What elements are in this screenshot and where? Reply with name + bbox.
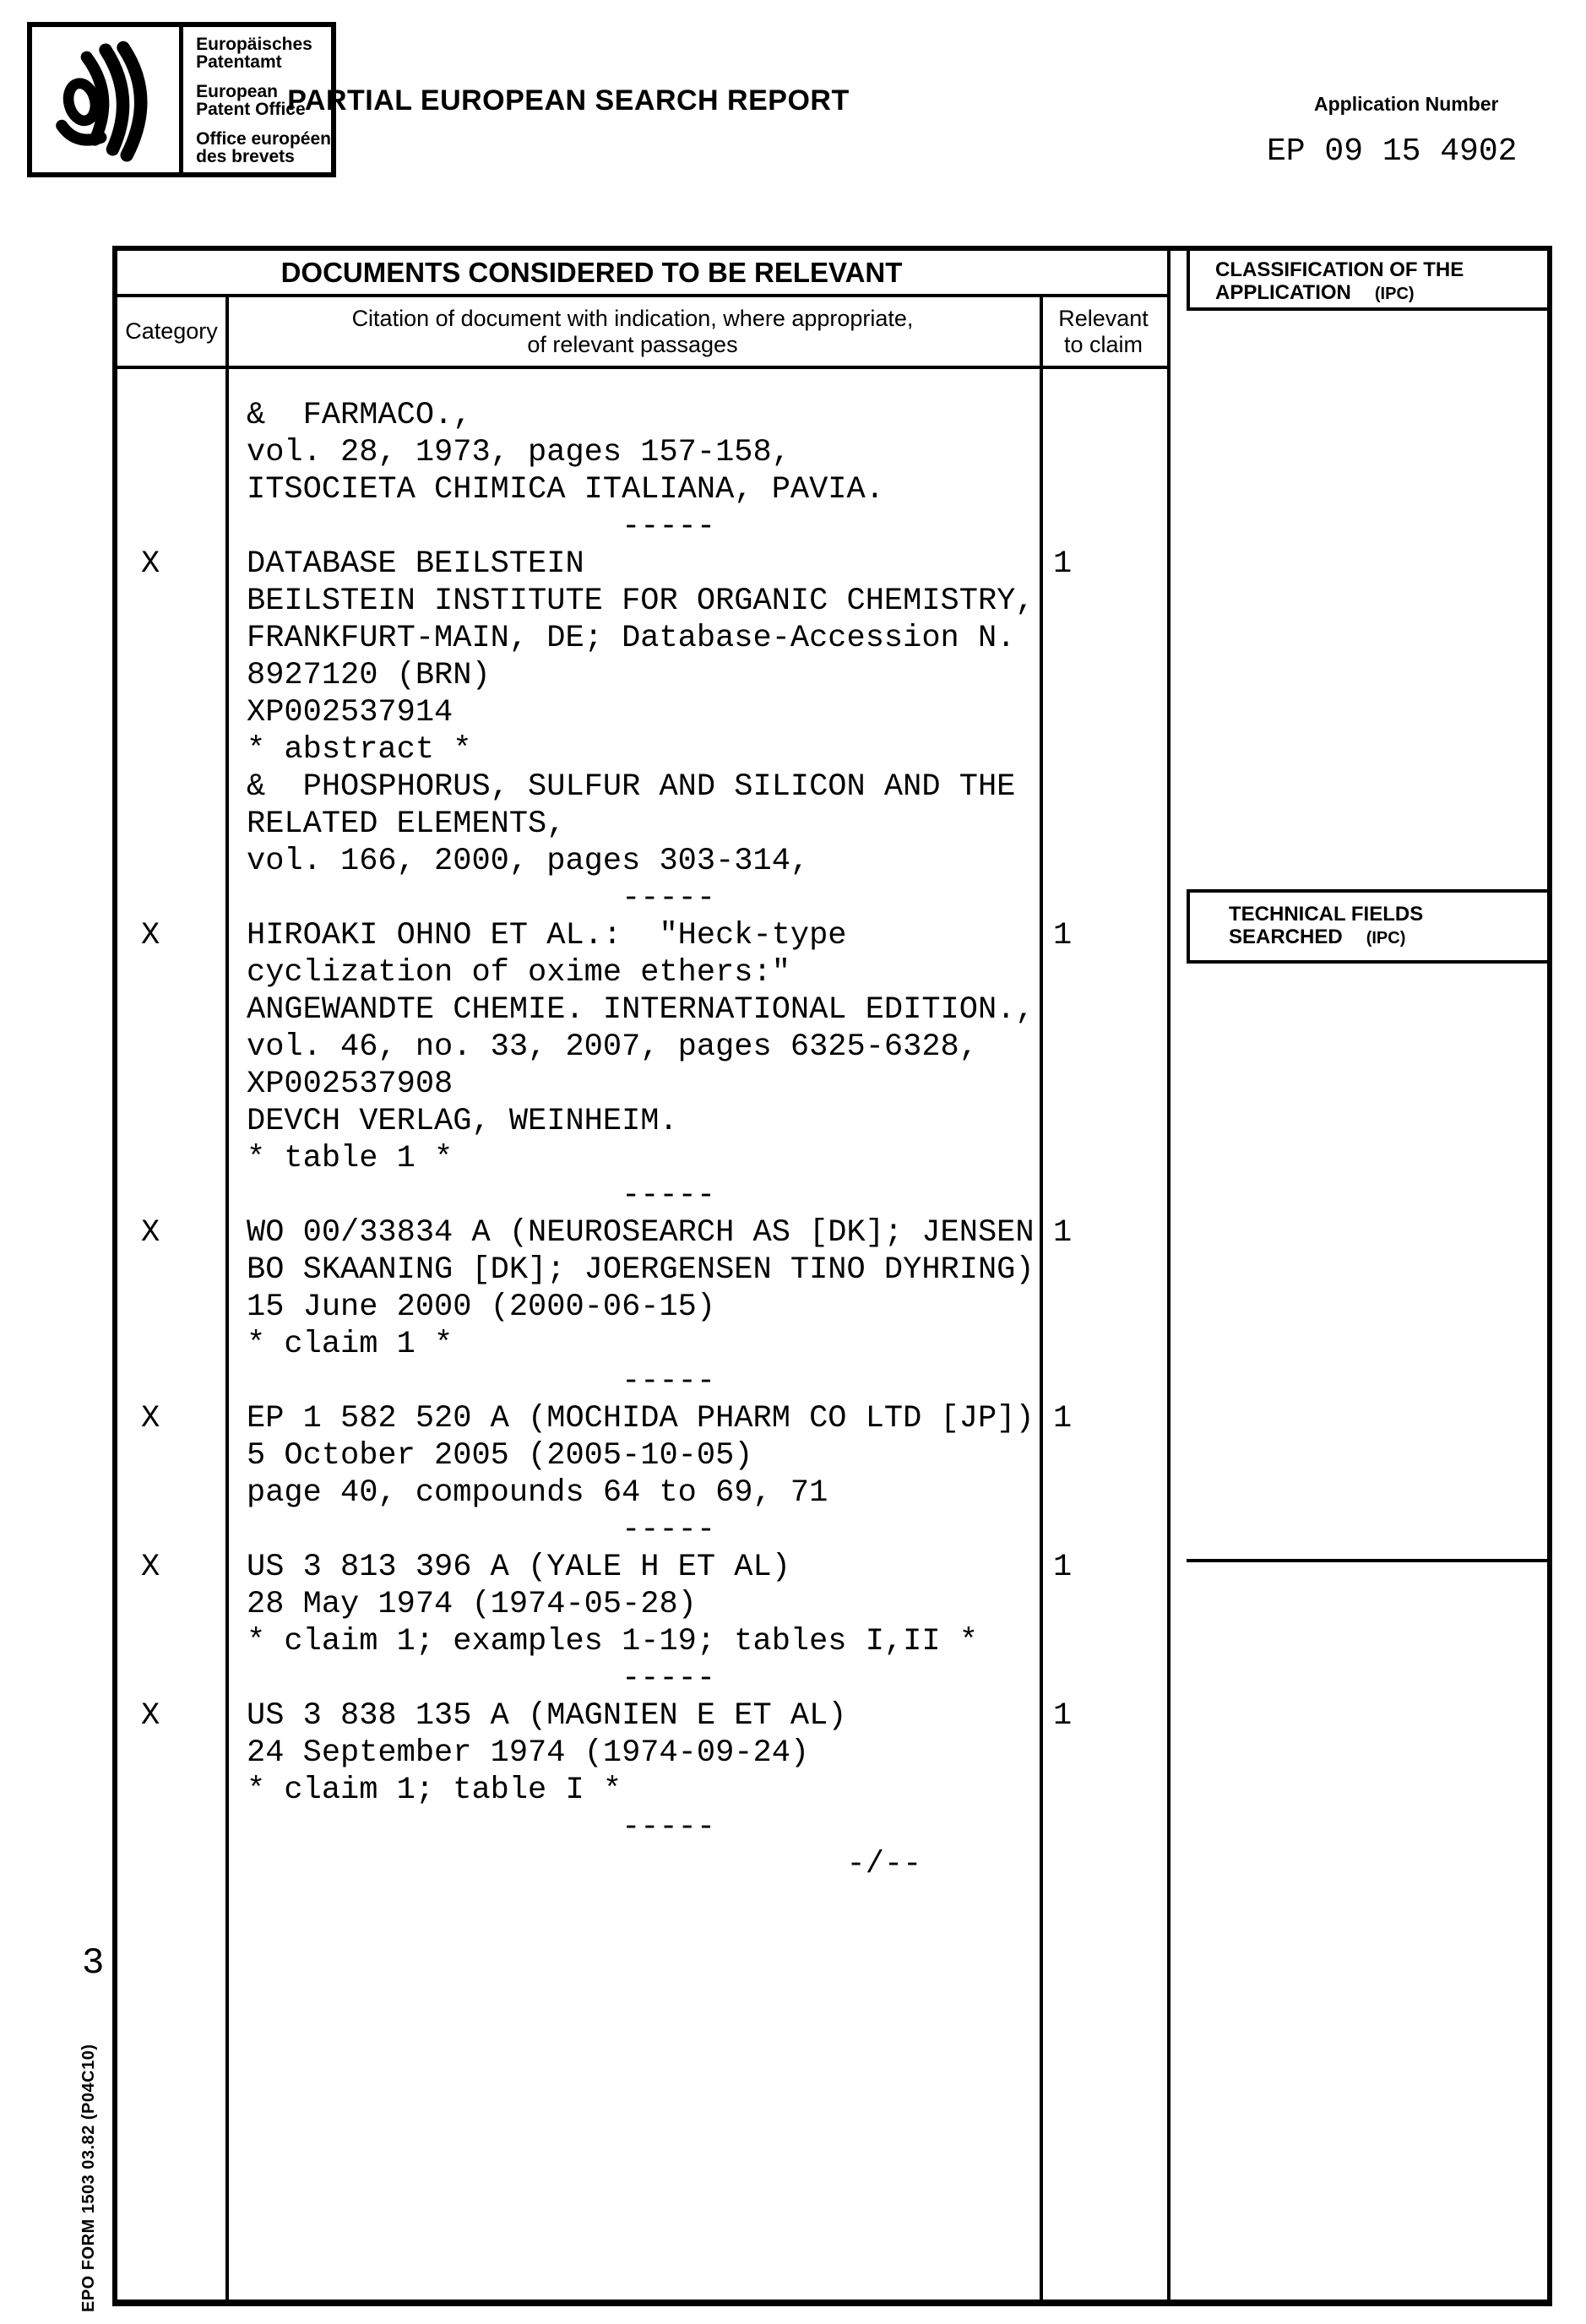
citation-cell: XP002537914 — [225, 694, 1040, 731]
relevant-cell — [1040, 583, 1167, 620]
citation-cell: ----- — [225, 1512, 1040, 1549]
category-cell — [117, 1809, 225, 1846]
relevant-cell — [1040, 1586, 1167, 1623]
relevant-cell — [1040, 1474, 1167, 1512]
category-cell — [117, 471, 225, 508]
relevant-cell — [1040, 1289, 1167, 1326]
category-cell — [117, 1660, 225, 1697]
table-row: 24 September 1974 (1974-09-24) — [117, 1735, 1167, 1772]
sheet-number: 3 — [82, 1942, 104, 1985]
category-cell: X — [117, 1697, 225, 1735]
citation-cell: DEVCH VERLAG, WEINHEIM. — [225, 1103, 1040, 1140]
column-header-label: Relevant — [1058, 306, 1149, 332]
relevant-cell: 1 — [1040, 1697, 1167, 1735]
category-cell — [117, 1512, 225, 1549]
relevant-cell — [1040, 1177, 1167, 1214]
citation-cell: US 3 813 396 A (YALE H ET AL) — [225, 1549, 1040, 1586]
relevant-cell — [1040, 694, 1167, 731]
category-cell: X — [117, 1549, 225, 1586]
citation-cell: ITSOCIETA CHIMICA ITALIANA, PAVIA. — [225, 471, 1040, 508]
logo-line: Europäisches — [196, 35, 331, 53]
table-row: ----- — [117, 1177, 1167, 1214]
table-row: * table 1 * — [117, 1140, 1167, 1177]
category-cell — [117, 1586, 225, 1623]
citation-cell: FRANKFURT-MAIN, DE; Database-Accession N… — [225, 620, 1040, 657]
relevant-cell — [1040, 1772, 1167, 1809]
citation-cell: ----- — [225, 508, 1040, 546]
table-row: & PHOSPHORUS, SULFUR AND SILICON AND THE — [117, 768, 1167, 806]
category-cell — [117, 694, 225, 731]
relevant-cell: 1 — [1040, 1400, 1167, 1437]
citation-cell: EP 1 582 520 A (MOCHIDA PHARM CO LTD [JP… — [225, 1400, 1040, 1437]
table-row: vol. 28, 1973, pages 157-158, — [117, 434, 1167, 471]
classification-label: APPLICATION — [1215, 281, 1351, 304]
citation-cell: * claim 1 * — [225, 1326, 1040, 1363]
relevant-cell — [1040, 1809, 1167, 1846]
category-cell — [117, 434, 225, 471]
category-cell — [117, 620, 225, 657]
category-cell — [117, 1289, 225, 1326]
citation-cell: * claim 1; table I * — [225, 1772, 1040, 1809]
technical-fields-box: TECHNICAL FIELDS SEARCHED(IPC) — [1187, 889, 1547, 964]
table-row: FRANKFURT-MAIN, DE; Database-Accession N… — [117, 620, 1167, 657]
relevant-cell — [1040, 620, 1167, 657]
table-row: -/-- — [117, 1846, 1167, 1883]
category-cell — [117, 1140, 225, 1177]
category-cell — [117, 880, 225, 917]
citation-cell: US 3 838 135 A (MAGNIEN E ET AL) — [225, 1697, 1040, 1735]
table-row: XDATABASE BEILSTEIN1 — [117, 546, 1167, 583]
citation-cell: 5 October 2005 (2005-10-05) — [225, 1437, 1040, 1474]
relevant-cell — [1040, 1512, 1167, 1549]
category-cell — [117, 1772, 225, 1809]
table-row: XHIROAKI OHNO ET AL.: "Heck-type1 — [117, 917, 1167, 954]
citation-cell: XP002537908 — [225, 1066, 1040, 1103]
relevant-cell — [1040, 1066, 1167, 1103]
table-row: ITSOCIETA CHIMICA ITALIANA, PAVIA. — [117, 471, 1167, 508]
citation-cell: page 40, compounds 64 to 69, 71 — [225, 1474, 1040, 1512]
category-cell — [117, 1103, 225, 1140]
citation-cell: & PHOSPHORUS, SULFUR AND SILICON AND THE — [225, 768, 1040, 806]
table-row: BEILSTEIN INSTITUTE FOR ORGANIC CHEMISTR… — [117, 583, 1167, 620]
relevant-cell — [1040, 1846, 1167, 1883]
category-cell — [117, 1623, 225, 1660]
table-row: * claim 1; examples 1-19; tables I,II * — [117, 1623, 1167, 1660]
category-cell — [117, 954, 225, 991]
citation-cell: * abstract * — [225, 731, 1040, 768]
table-row: XEP 1 582 520 A (MOCHIDA PHARM CO LTD [J… — [117, 1400, 1167, 1437]
relevant-cell — [1040, 508, 1167, 546]
citation-cell: ANGEWANDTE CHEMIE. INTERNATIONAL EDITION… — [225, 991, 1040, 1029]
table-row: 15 June 2000 (2000-06-15) — [117, 1289, 1167, 1326]
table-row: vol. 166, 2000, pages 303-314, — [117, 843, 1167, 880]
technical-fields-label: TECHNICAL FIELDS — [1229, 903, 1547, 926]
table-row: 28 May 1974 (1974-05-28) — [117, 1586, 1167, 1623]
category-cell — [117, 1252, 225, 1289]
relevant-cell — [1040, 1660, 1167, 1697]
table-row: ----- — [117, 880, 1167, 917]
relevant-cell — [1040, 768, 1167, 806]
relevant-cell: 1 — [1040, 1549, 1167, 1586]
category-cell — [117, 1474, 225, 1512]
category-cell — [117, 583, 225, 620]
table-row: ----- — [117, 508, 1167, 546]
table-row: BO SKAANING [DK]; JOERGENSEN TINO DYHRIN… — [117, 1252, 1167, 1289]
relevant-cell: 1 — [1040, 546, 1167, 583]
citation-cell: ----- — [225, 1363, 1040, 1400]
relevant-cell — [1040, 1252, 1167, 1289]
column-header-label: Category — [125, 318, 218, 345]
table-row: vol. 46, no. 33, 2007, pages 6325-6328, — [117, 1029, 1167, 1066]
relevant-cell — [1040, 880, 1167, 917]
relevant-cell — [1040, 1103, 1167, 1140]
relevant-cell — [1040, 657, 1167, 694]
category-cell — [117, 768, 225, 806]
table-row: XWO 00/33834 A (NEUROSEARCH AS [DK]; JEN… — [117, 1214, 1167, 1252]
table-row: XP002537914 — [117, 694, 1167, 731]
table-title-band: DOCUMENTS CONSIDERED TO BE RELEVANT — [117, 251, 1167, 297]
citation-cell: 8927120 (BRN) — [225, 657, 1040, 694]
citation-cell: ----- — [225, 1809, 1040, 1846]
relevant-cell — [1040, 1363, 1167, 1400]
table-row: DEVCH VERLAG, WEINHEIM. — [117, 1103, 1167, 1140]
table-row: 8927120 (BRN) — [117, 657, 1167, 694]
category-cell — [117, 508, 225, 546]
category-cell — [117, 1177, 225, 1214]
table-row: XP002537908 — [117, 1066, 1167, 1103]
column-header-label: Citation of document with indication, wh… — [352, 306, 914, 332]
table-row: RELATED ELEMENTS, — [117, 806, 1167, 843]
table-row: ----- — [117, 1512, 1167, 1549]
classification-label: CLASSIFICATION OF THE — [1215, 258, 1547, 281]
ipc-label: (IPC) — [1366, 929, 1406, 948]
classification-label: APPLICATION(IPC) — [1215, 281, 1547, 306]
citation-cell: vol. 166, 2000, pages 303-314, — [225, 843, 1040, 880]
table-row: * claim 1; table I * — [117, 1772, 1167, 1809]
report-title: PARTIAL EUROPEAN SEARCH REPORT — [112, 84, 1024, 117]
table-row: ----- — [117, 1809, 1167, 1846]
epo-form-id: EPO FORM 1503 03.82 (P04C10) — [79, 2044, 99, 2312]
relevant-cell — [1040, 806, 1167, 843]
table-row: * abstract * — [117, 731, 1167, 768]
table-row: XUS 3 838 135 A (MAGNIEN E ET AL)1 — [117, 1697, 1167, 1735]
relevant-cell — [1040, 954, 1167, 991]
application-number-value: EP 09 15 4902 — [1267, 133, 1517, 170]
logo-line: Patentamt — [196, 53, 331, 71]
table-row: ANGEWANDTE CHEMIE. INTERNATIONAL EDITION… — [117, 991, 1167, 1029]
citation-cell: RELATED ELEMENTS, — [225, 806, 1040, 843]
column-header-citation: Citation of document with indication, wh… — [225, 297, 1040, 366]
table-row: & FARMACO., — [117, 397, 1167, 434]
category-cell — [117, 1437, 225, 1474]
citation-cell: 15 June 2000 (2000-06-15) — [225, 1289, 1040, 1326]
relevant-column-divider — [1167, 251, 1170, 2300]
column-header-relevant: Relevant to claim — [1040, 297, 1167, 366]
table-row: page 40, compounds 64 to 69, 71 — [117, 1474, 1167, 1512]
category-cell — [117, 1363, 225, 1400]
relevant-cell — [1040, 1623, 1167, 1660]
citation-cell: vol. 28, 1973, pages 157-158, — [225, 434, 1040, 471]
column-header-label: to claim — [1064, 332, 1143, 358]
category-cell: X — [117, 546, 225, 583]
relevant-cell — [1040, 1326, 1167, 1363]
citation-cell: 24 September 1974 (1974-09-24) — [225, 1735, 1040, 1772]
right-column-divider-line — [1187, 1559, 1547, 1562]
epo-name-french: Office européen des brevets — [196, 130, 331, 166]
search-report-page: Europäisches Patentamt European Patent O… — [0, 0, 1586, 2324]
table-title: DOCUMENTS CONSIDERED TO BE RELEVANT — [281, 257, 903, 289]
technical-fields-label: SEARCHED — [1229, 926, 1343, 948]
logo-line: des brevets — [196, 148, 331, 166]
category-cell — [117, 991, 225, 1029]
category-cell — [117, 1846, 225, 1883]
column-header-row: Category Citation of document with indic… — [117, 297, 1167, 369]
citation-cell: DATABASE BEILSTEIN — [225, 546, 1040, 583]
documents-table: DOCUMENTS CONSIDERED TO BE RELEVANT Cate… — [112, 246, 1552, 2306]
citation-cell: vol. 46, no. 33, 2007, pages 6325-6328, — [225, 1029, 1040, 1066]
category-cell — [117, 806, 225, 843]
relevant-cell — [1040, 1437, 1167, 1474]
category-cell — [117, 843, 225, 880]
relevant-cell: 1 — [1040, 1214, 1167, 1252]
citation-cell: HIROAKI OHNO ET AL.: "Heck-type — [225, 917, 1040, 954]
citation-cell: WO 00/33834 A (NEUROSEARCH AS [DK]; JENS… — [225, 1214, 1040, 1252]
classification-box: CLASSIFICATION OF THE APPLICATION(IPC) — [1187, 251, 1547, 311]
citation-cell: 28 May 1974 (1974-05-28) — [225, 1586, 1040, 1623]
table-row: cyclization of oxime ethers:" — [117, 954, 1167, 991]
table-row: * claim 1 * — [117, 1326, 1167, 1363]
relevant-cell — [1040, 1735, 1167, 1772]
category-cell — [117, 657, 225, 694]
category-cell: X — [117, 917, 225, 954]
citation-cell: ----- — [225, 880, 1040, 917]
relevant-cell — [1040, 1029, 1167, 1066]
citation-cell: ----- — [225, 1660, 1040, 1697]
citation-cell: * claim 1; examples 1-19; tables I,II * — [225, 1623, 1040, 1660]
category-cell — [117, 731, 225, 768]
column-header-label: of relevant passages — [527, 332, 737, 358]
citation-cell: * table 1 * — [225, 1140, 1040, 1177]
relevant-cell — [1040, 434, 1167, 471]
citation-rows: & FARMACO.,vol. 28, 1973, pages 157-158,… — [117, 397, 1167, 1883]
category-cell — [117, 1735, 225, 1772]
category-cell: X — [117, 1400, 225, 1437]
citation-cell: BO SKAANING [DK]; JOERGENSEN TINO DYHRIN… — [225, 1252, 1040, 1289]
application-number-label: Application Number — [1314, 93, 1499, 116]
relevant-cell — [1040, 397, 1167, 434]
relevant-cell — [1040, 471, 1167, 508]
table-row: ----- — [117, 1660, 1167, 1697]
relevant-cell — [1040, 1140, 1167, 1177]
citation-cell: -/-- — [225, 1846, 1040, 1883]
table-row: ----- — [117, 1363, 1167, 1400]
category-cell — [117, 1029, 225, 1066]
category-cell — [117, 1326, 225, 1363]
citation-cell: BEILSTEIN INSTITUTE FOR ORGANIC CHEMISTR… — [225, 583, 1040, 620]
technical-fields-label: SEARCHED(IPC) — [1229, 926, 1547, 950]
logo-line: Office européen — [196, 130, 331, 148]
column-header-category: Category — [117, 297, 225, 366]
citation-cell: ----- — [225, 1177, 1040, 1214]
category-cell — [117, 397, 225, 434]
relevant-cell — [1040, 843, 1167, 880]
relevant-cell: 1 — [1040, 917, 1167, 954]
category-cell — [117, 1066, 225, 1103]
relevant-cell — [1040, 991, 1167, 1029]
ipc-label: (IPC) — [1375, 285, 1415, 303]
table-row: XUS 3 813 396 A (YALE H ET AL)1 — [117, 1549, 1167, 1586]
table-row: 5 October 2005 (2005-10-05) — [117, 1437, 1167, 1474]
epo-name-german: Europäisches Patentamt — [196, 35, 331, 71]
citation-cell: & FARMACO., — [225, 397, 1040, 434]
relevant-cell — [1040, 731, 1167, 768]
category-cell: X — [117, 1214, 225, 1252]
citation-cell: cyclization of oxime ethers:" — [225, 954, 1040, 991]
